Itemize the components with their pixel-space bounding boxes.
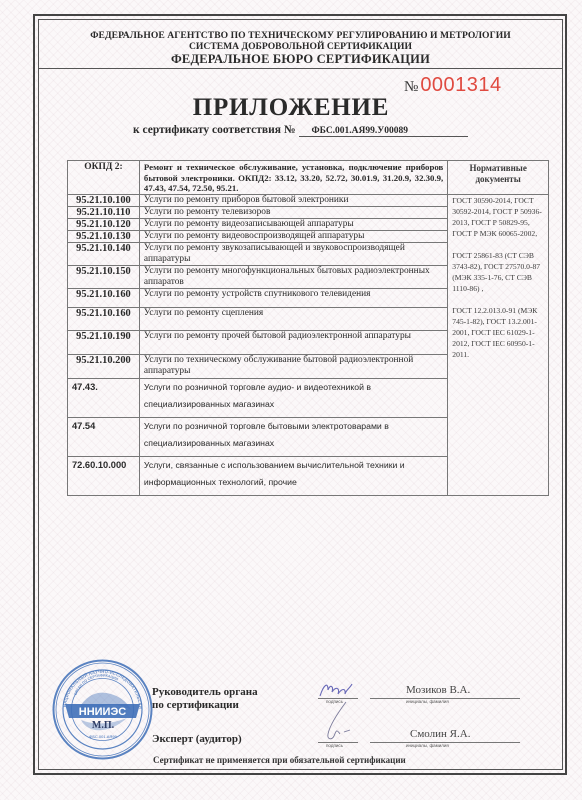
agency-name: ФЕДЕРАЛЬНОЕ АГЕНТСТВО ПО ТЕХНИЧЕСКОМУ РЕ… — [38, 30, 563, 41]
expert-role-label: Эксперт (аудитор) — [152, 733, 242, 746]
row-description: Услуги по ремонту устройств спутникового… — [139, 288, 447, 307]
row-code: 95.21.10.190 — [68, 330, 140, 354]
svg-text:ФБС.001.АЯ99: ФБС.001.АЯ99 — [89, 734, 117, 739]
row-code: 95.21.10.160 — [68, 307, 140, 330]
head-signature-icon — [318, 680, 354, 700]
head-role-line1: Руководитель органа — [152, 686, 258, 699]
row-code: 95.21.10.150 — [68, 265, 140, 288]
row-code: 95.21.10.200 — [68, 354, 140, 378]
row-code: 47.43. — [68, 378, 140, 417]
head-name-caption: инициалы, фамилия — [406, 699, 449, 704]
row-description: Услуги по ремонту телевизоров — [139, 206, 447, 218]
header-norms: Нормативные документы — [448, 161, 549, 195]
row-description: Услуги по розничной торговле бытовыми эл… — [139, 417, 447, 456]
row-description: Услуги по ремонту прочей бытовой радиоэл… — [139, 330, 447, 354]
expert-signature-caption: подпись — [326, 743, 343, 748]
row-description: Услуги по розничной торговле аудио- и ви… — [139, 378, 447, 417]
row-code: 72.60.10.000 — [68, 456, 140, 495]
norm-group: ГОСТ 12.2.013.0-91 (МЭК 745-1-82), ГОСТ … — [452, 305, 544, 360]
expert-name: Смолин Я.А. — [410, 728, 470, 740]
row-description: Услуги по ремонту звукозаписывающей и зв… — [139, 242, 447, 265]
blank-number-value: 0001314 — [420, 74, 501, 96]
certificate-reference-number: ФБС.001.АЯ99.У00089 — [299, 126, 468, 137]
row-code: 95.21.10.120 — [68, 218, 140, 230]
table-row: 95.21.10.100 Услуги по ремонту приборов … — [68, 194, 549, 206]
svg-text:ННИИЭС: ННИИЭС — [79, 706, 127, 718]
row-code: 95.21.10.110 — [68, 206, 140, 218]
norm-group: ГОСТ 30590-2014, ГОСТ 30592-2014, ГОСТ Р… — [452, 195, 544, 239]
row-code: 47.54 — [68, 417, 140, 456]
row-description: Услуги по ремонту видеовоспроизводящей а… — [139, 230, 447, 242]
expert-name-caption: инициалы, фамилия — [406, 743, 449, 748]
bureau-name: ФЕДЕРАЛЬНОЕ БЮРО СЕРТИФИКАЦИИ — [38, 52, 563, 67]
page-title: ПРИЛОЖЕНИЕ — [0, 94, 582, 122]
certificate-reference: к сертификату соответствия №ФБС.001.АЯ99… — [133, 124, 468, 137]
row-code: 95.21.10.160 — [68, 288, 140, 307]
scope-table: ОКПД 2: Ремонт и техническое обслуживани… — [67, 160, 549, 496]
expert-signature-icon — [320, 700, 354, 742]
norm-group: ГОСТ 25861-83 (СТ СЭВ 3743-82), ГОСТ 275… — [452, 250, 544, 294]
certificate-header: ФЕДЕРАЛЬНОЕ АГЕНТСТВО ПО ТЕХНИЧЕСКОМУ РЕ… — [38, 19, 563, 69]
row-description: Услуги по ремонту сцепления — [139, 307, 447, 330]
certificate-reference-label: к сертификату соответствия № — [133, 124, 295, 136]
footer-note: Сертификат не применяется при обязательн… — [153, 755, 406, 765]
head-role-label: Руководитель органа по сертификации — [152, 686, 258, 712]
row-description: Услуги по ремонту многофункциональных бы… — [139, 265, 447, 288]
norms-cell: ГОСТ 30590-2014, ГОСТ 30592-2014, ГОСТ Р… — [448, 194, 549, 495]
certification-system: СИСТЕМА ДОБРОВОЛЬНОЙ СЕРТИФИКАЦИИ — [38, 41, 563, 52]
row-code: 95.21.10.100 — [68, 194, 140, 206]
head-name: Мозиков В.А. — [406, 684, 470, 696]
header-code: ОКПД 2: — [68, 161, 140, 195]
official-stamp-icon: НАЦИОНАЛЬНЫЙ НАУЧНО-ИССЛЕДОВАТЕЛЬСКИЙ ИН… — [51, 658, 154, 761]
svg-text:М.П.: М.П. — [92, 720, 115, 731]
head-role-line2: по сертификации — [152, 699, 258, 712]
table-header-row: ОКПД 2: Ремонт и техническое обслуживани… — [68, 161, 549, 195]
row-description: Услуги по ремонту видеозаписывающей аппа… — [139, 218, 447, 230]
row-description: Услуги по ремонту приборов бытовой элект… — [139, 194, 447, 206]
row-code: 95.21.10.140 — [68, 242, 140, 265]
row-description: Услуги по техническому обслуживание быто… — [139, 354, 447, 378]
header-description: Ремонт и техническое обслуживание, устан… — [139, 161, 447, 195]
row-description: Услуги, связанные с использованием вычис… — [139, 456, 447, 495]
number-sign: № — [404, 79, 418, 95]
row-code: 95.21.10.130 — [68, 230, 140, 242]
